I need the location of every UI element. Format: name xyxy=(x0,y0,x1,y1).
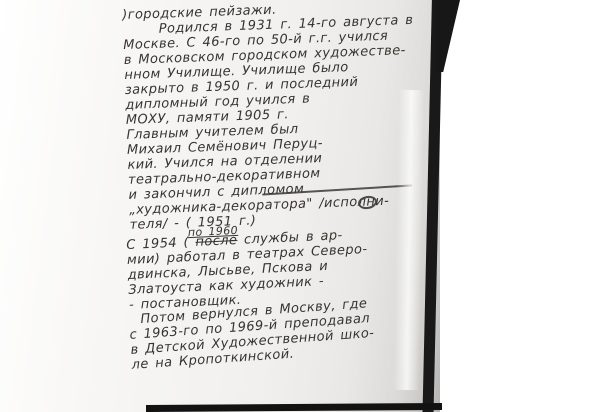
inserted-correction-text: по 1960 xyxy=(187,223,238,240)
paper-sheet: )городские пейзажи. Родился в 1931 г. 14… xyxy=(0,0,440,412)
correction-pre-text: С 1954 ( xyxy=(126,235,196,253)
photo-top-right-corner-shadow xyxy=(436,0,460,72)
scanned-document-viewport: )городские пейзажи. Родился в 1931 г. 14… xyxy=(0,0,592,412)
